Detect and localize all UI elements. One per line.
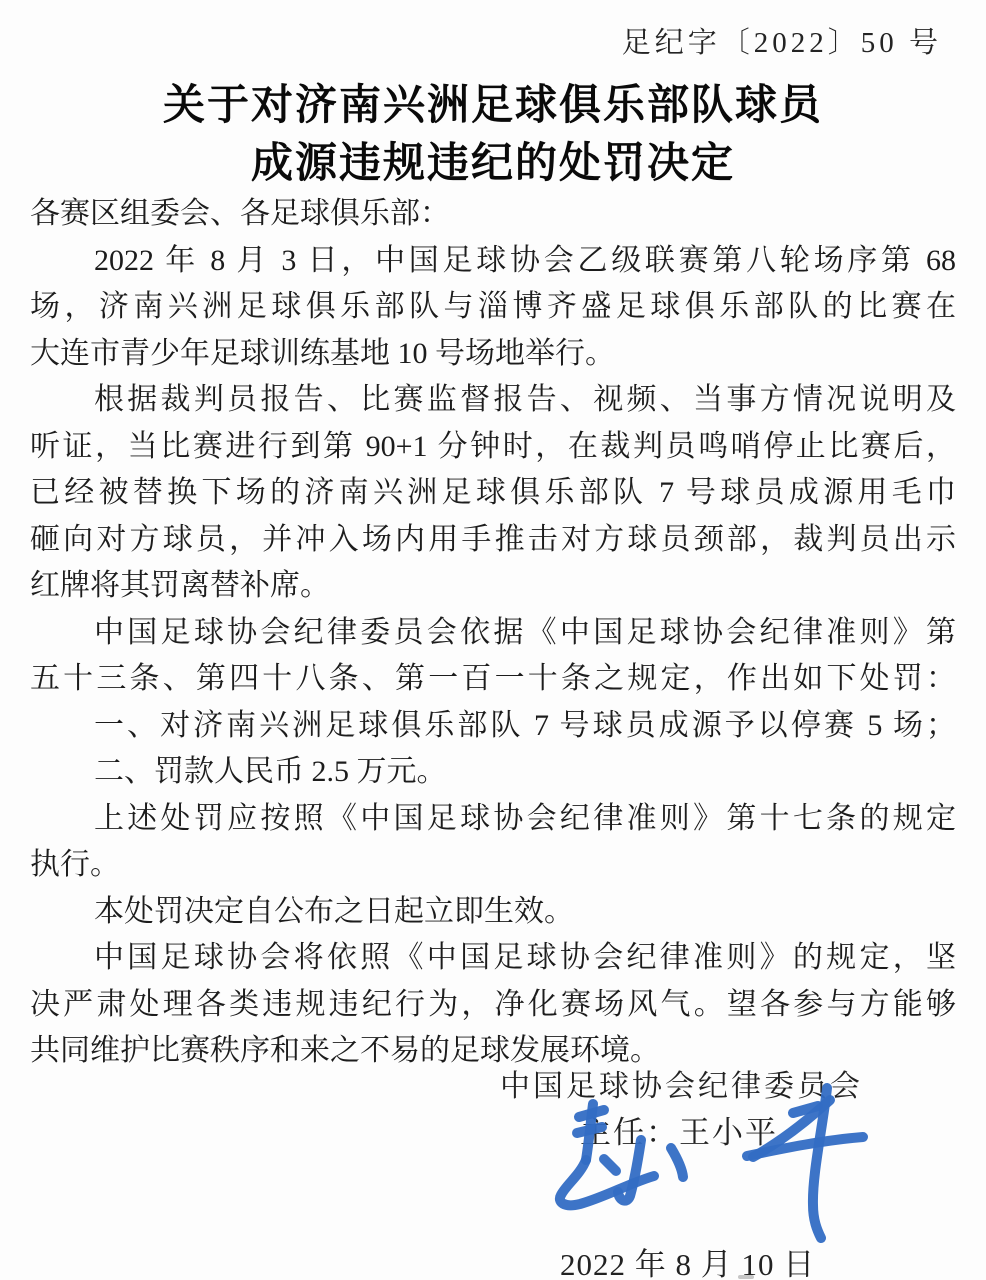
document-date: 2022 年 8 月 10 日	[560, 1239, 815, 1280]
document-body: 各赛区组委会、各足球俱乐部： 2022 年 8 月 3 日，中国足球协会乙级联赛…	[30, 191, 956, 1075]
salutation-line: 各赛区组委会、各足球俱乐部：	[30, 191, 956, 238]
director-printed-name: 主任：王小平	[580, 1107, 778, 1152]
body-line: 中国足球协会纪律委员会依据《中国足球协会纪律准则》第	[30, 610, 956, 657]
document-page: 足纪字〔2022〕50 号 关于对济南兴洲足球俱乐部队球员 成源违规违纪的处罚决…	[0, 0, 986, 1280]
scan-artifact	[738, 1275, 754, 1279]
body-line: 听证，当比赛进行到第 90+1 分钟时，在裁判员鸣哨停止比赛后，	[30, 424, 956, 471]
body-line: 大连市青少年足球训练基地 10 号场地举行。	[30, 331, 956, 378]
body-line: 场，济南兴洲足球俱乐部队与淄博齐盛足球俱乐部队的比赛在	[30, 284, 956, 331]
body-line: 执行。	[30, 842, 956, 889]
penalty-item-2: 二、罚款人民币 2.5 万元。	[30, 749, 956, 796]
body-line: 中国足球协会将依照《中国足球协会纪律准则》的规定，坚	[30, 935, 956, 982]
body-line: 上述处罚应按照《中国足球协会纪律准则》第十七条的规定	[30, 796, 956, 843]
body-line: 五十三条、第四十八条、第一百一十条之规定，作出如下处罚：	[30, 656, 956, 703]
document-title: 关于对济南兴洲足球俱乐部队球员 成源违规违纪的处罚决定	[0, 76, 986, 192]
doc-number: 足纪字〔2022〕50 号	[622, 20, 942, 61]
penalty-item-1: 一、对济南兴洲足球俱乐部队 7 号球员成源予以停赛 5 场；	[30, 703, 956, 750]
body-line: 红牌将其罚离替补席。	[30, 563, 956, 610]
body-line: 2022 年 8 月 3 日，中国足球协会乙级联赛第八轮场序第 68	[30, 238, 956, 285]
title-line-1: 关于对济南兴洲足球俱乐部队球员	[0, 76, 986, 134]
body-line: 已经被替换下场的济南兴洲足球俱乐部队 7 号球员成源用毛巾	[30, 470, 956, 517]
title-line-2: 成源违规违纪的处罚决定	[0, 134, 986, 192]
body-line: 决严肃处理各类违规违纪行为，净化赛场风气。望各参与方能够	[30, 982, 956, 1029]
issuing-committee: 中国足球协会纪律委员会	[500, 1061, 863, 1105]
body-line: 根据裁判员报告、比赛监督报告、视频、当事方情况说明及	[30, 377, 956, 424]
body-line: 本处罚决定自公布之日起立即生效。	[30, 889, 956, 936]
body-line: 砸向对方球员，并冲入场内用手推击对方球员颈部，裁判员出示	[30, 517, 956, 564]
